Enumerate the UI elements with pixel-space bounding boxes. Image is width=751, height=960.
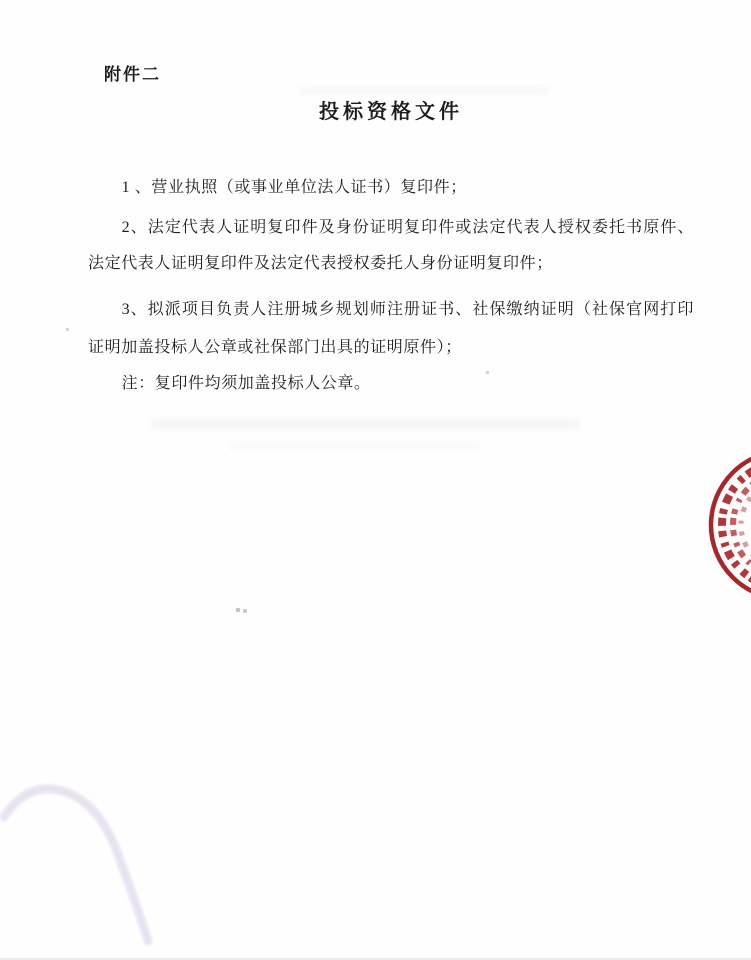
scanned-document-page: 附件二 投标资格文件 1 、营业执照（或事业单位法人证书）复印件； 2、法定代表… [0,0,751,960]
red-official-seal-icon [691,440,751,620]
page-title: 投标资格文件 [88,95,694,124]
scan-speckle [236,608,240,612]
bleed-through-smudge [230,443,480,449]
paragraph-item-3: 3、拟派项目负责人注册城乡规划师注册证书、社保缴纳证明（社保官网打印证明加盖投标… [88,291,694,367]
paragraph-note: 注：复印件均须加盖投标人公章。 [88,366,694,402]
scan-speckle [243,609,247,613]
paragraph-item-2: 2、法定代表人证明复印件及身份证明复印件或法定代表人授权委托书原件、法定代表人证… [88,210,694,282]
scan-crease-artifact [0,775,175,955]
scan-speckle [66,328,69,331]
paragraph-item-1: 1 、营业执照（或事业单位法人证书）复印件； [88,170,694,206]
bleed-through-smudge [150,418,580,430]
bleed-through-smudge [300,86,550,95]
attachment-label: 附件二 [104,60,161,85]
